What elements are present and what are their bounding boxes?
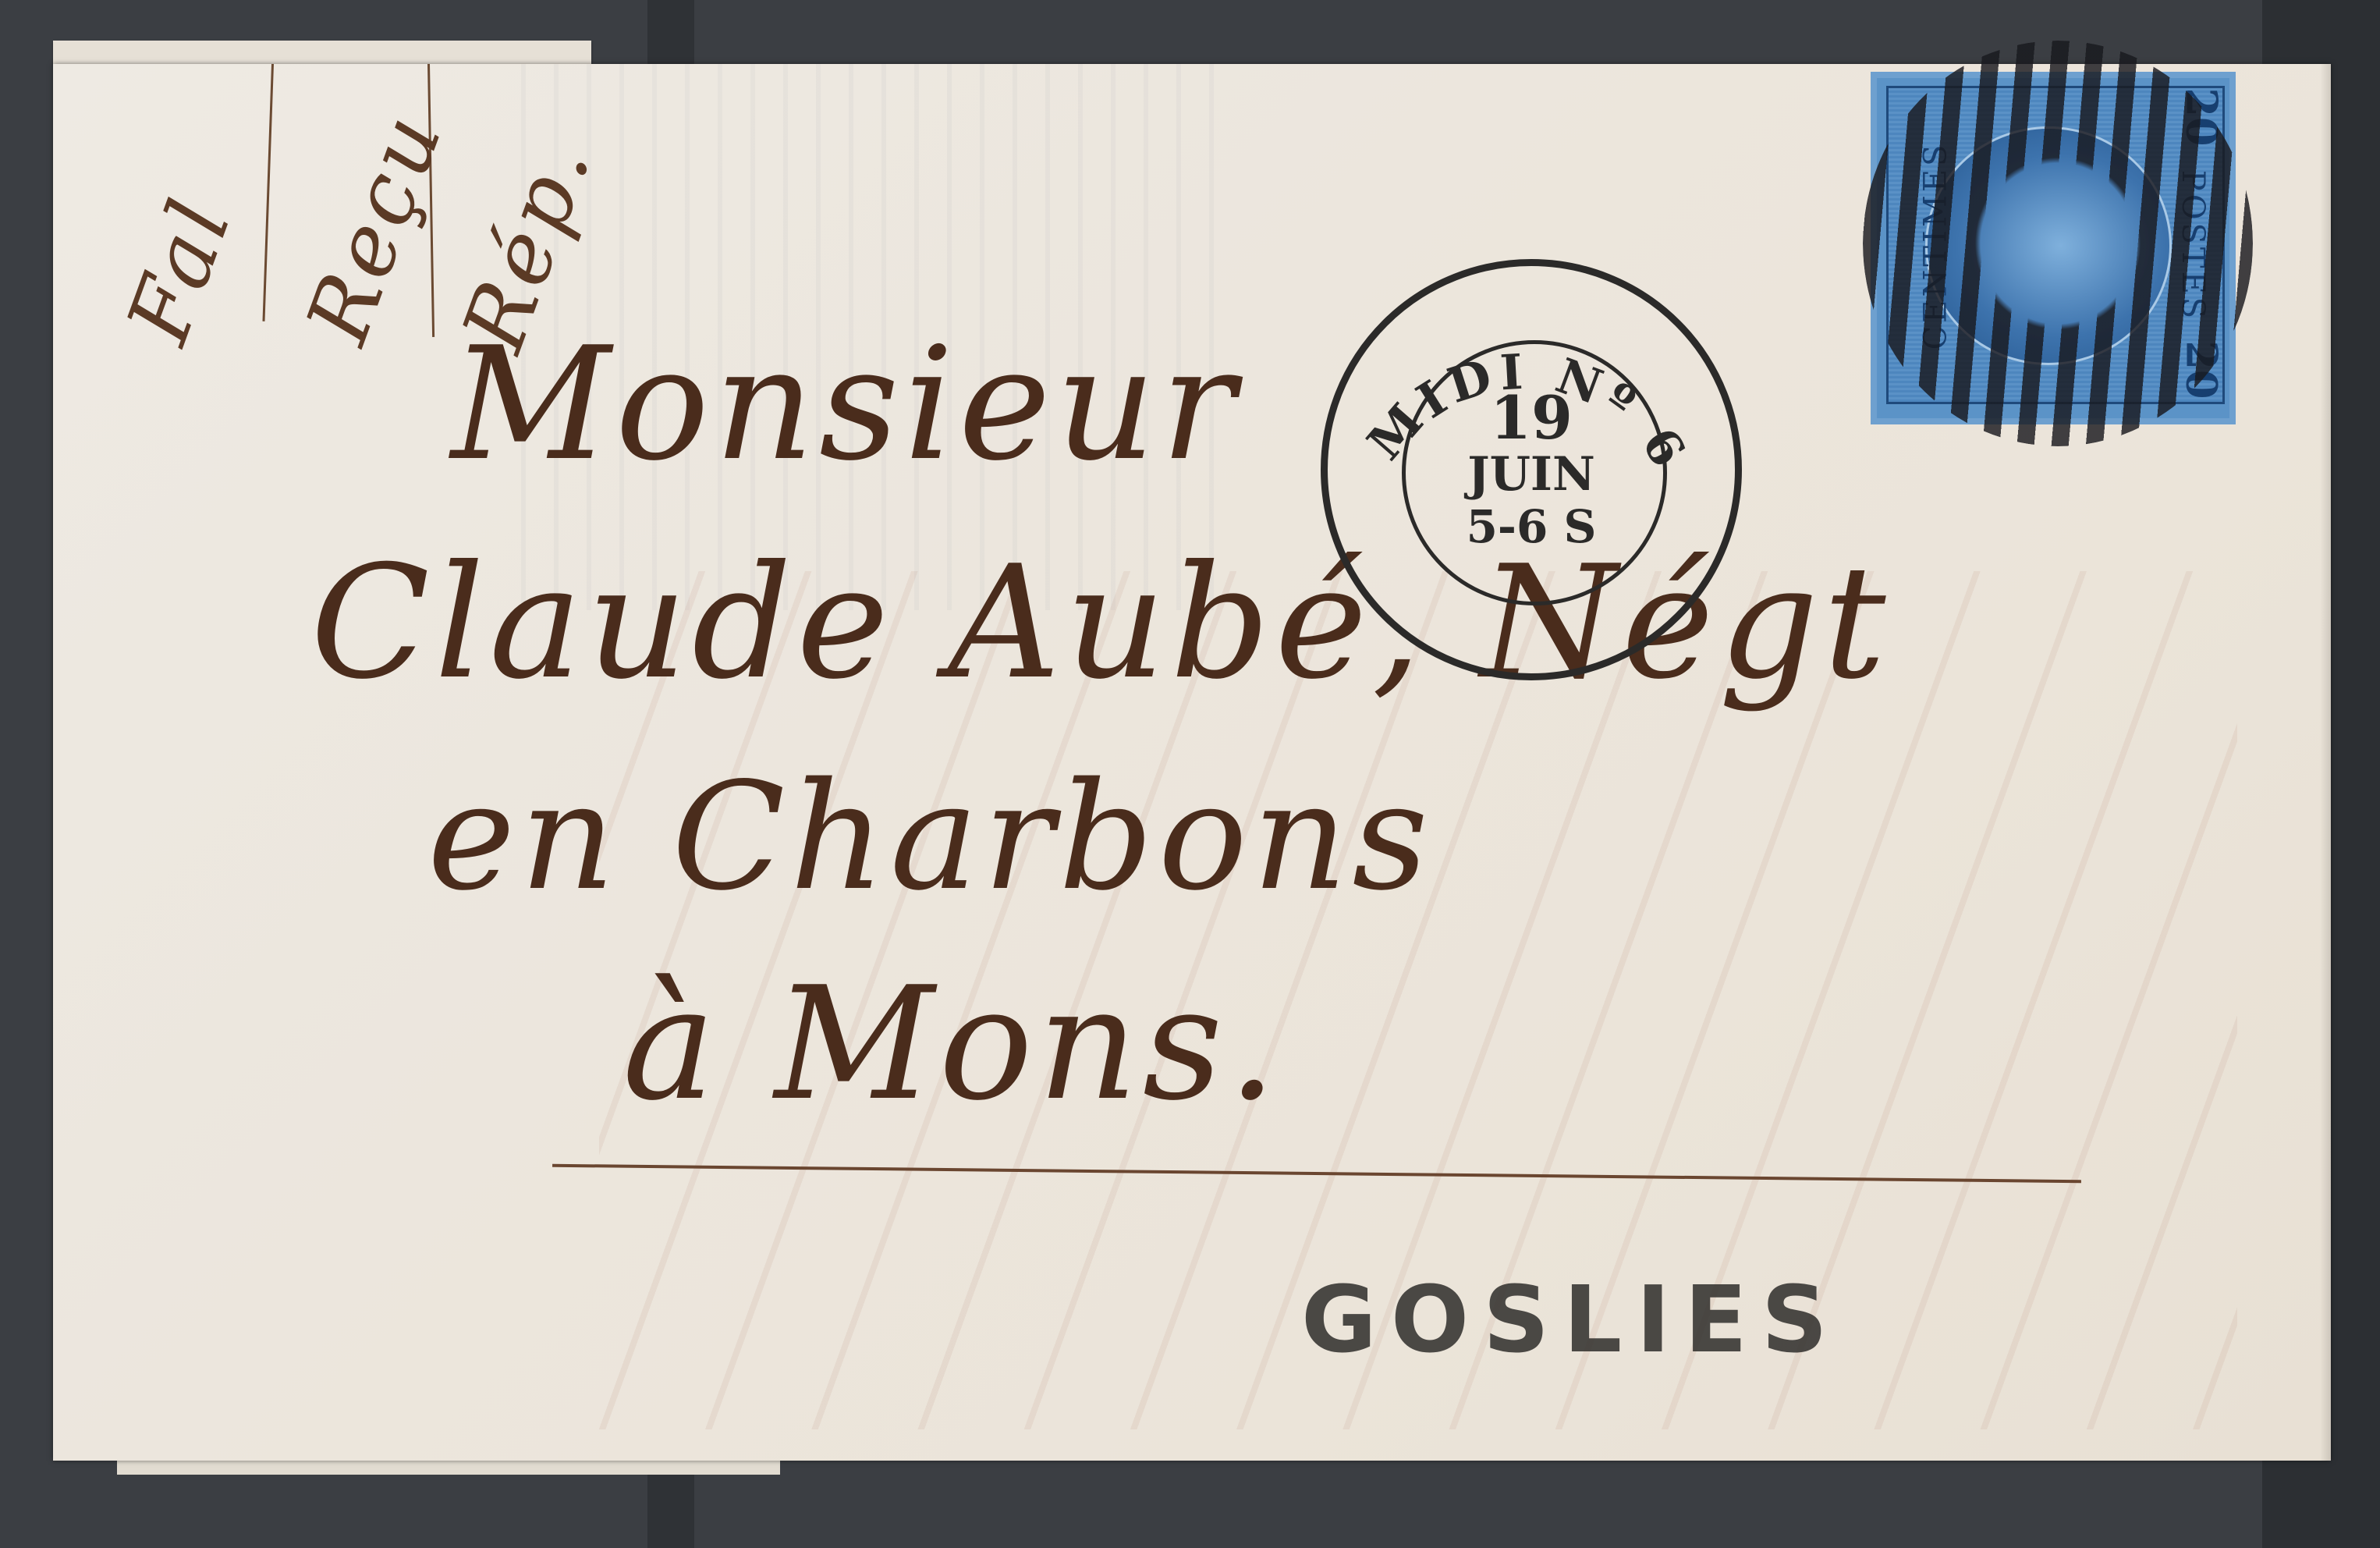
ruled-line [262,64,274,321]
postage-stamp: 20 20 POSTES CENTIMES [1871,72,2236,424]
address-line-3: en Charbons [427,751,1433,923]
barred-cancellation [1863,41,2253,446]
cover-edge [2320,64,2331,1461]
postmark-month: JUIN [1328,447,1735,502]
circular-date-postmark: MIDI Nº 6 19 JUIN 5-6 S [1321,259,1742,680]
manuscript-note: Reçu [287,98,462,356]
address-line-4: à Mons. [622,953,1282,1135]
postmark-time: 5-6 S [1328,500,1735,553]
folded-back-flap [53,41,591,64]
postmark-day: 19 [1328,383,1735,453]
address-line-1: Monsieur [451,314,1240,495]
origin-handstamp: GOSLIES [1301,1266,1842,1373]
manuscript-note: Fal [108,184,251,356]
